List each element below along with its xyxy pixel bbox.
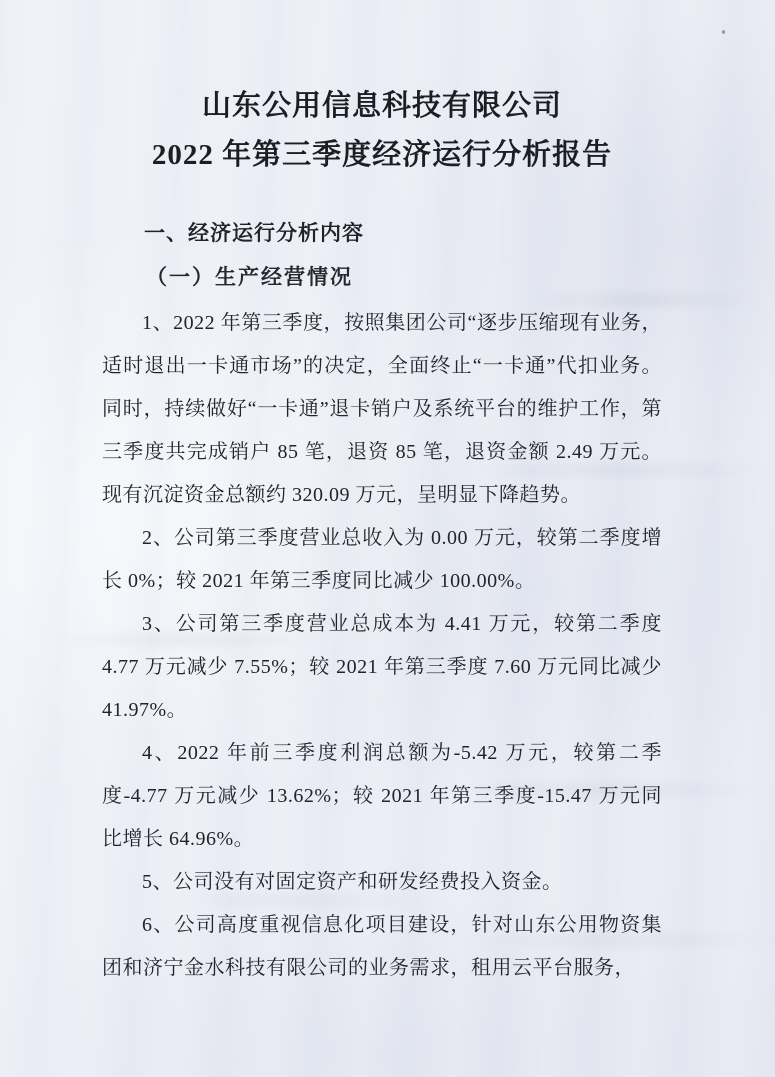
body-paragraphs: 1、2022 年第三季度，按照集团公司“逐步压缩现有业务，适时退出一卡通市场”的… xyxy=(102,302,662,990)
subsection-heading: （一）生产经营情况 xyxy=(102,255,662,299)
body-paragraph: 6、公司高度重视信息化项目建设，针对山东公用物资集团和济宁金水科技有限公司的业务… xyxy=(102,904,662,990)
body-paragraph: 3、公司第三季度营业总成本为 4.41 万元，较第二季度 4.77 万元减少 7… xyxy=(102,603,662,732)
section-heading: 一、经济运行分析内容 xyxy=(102,211,662,255)
document-content: 山东公用信息科技有限公司 2022 年第三季度经济运行分析报告 一、经济运行分析… xyxy=(102,82,662,990)
body-paragraph: 5、公司没有对固定资产和研发经费投入资金。 xyxy=(102,861,662,904)
scanned-document-page: 山东公用信息科技有限公司 2022 年第三季度经济运行分析报告 一、经济运行分析… xyxy=(0,0,775,1077)
body-paragraph: 4、2022 年前三季度利润总额为-5.42 万元，较第二季度-4.77 万元减… xyxy=(102,732,662,861)
scan-speck xyxy=(722,30,725,34)
body-paragraph: 1、2022 年第三季度，按照集团公司“逐步压缩现有业务，适时退出一卡通市场”的… xyxy=(102,302,662,517)
document-title-line1: 山东公用信息科技有限公司 xyxy=(102,82,662,131)
body-paragraph: 2、公司第三季度营业总收入为 0.00 万元，较第二季度增长 0%；较 2021… xyxy=(102,517,662,603)
document-title-line2: 2022 年第三季度经济运行分析报告 xyxy=(102,131,662,180)
